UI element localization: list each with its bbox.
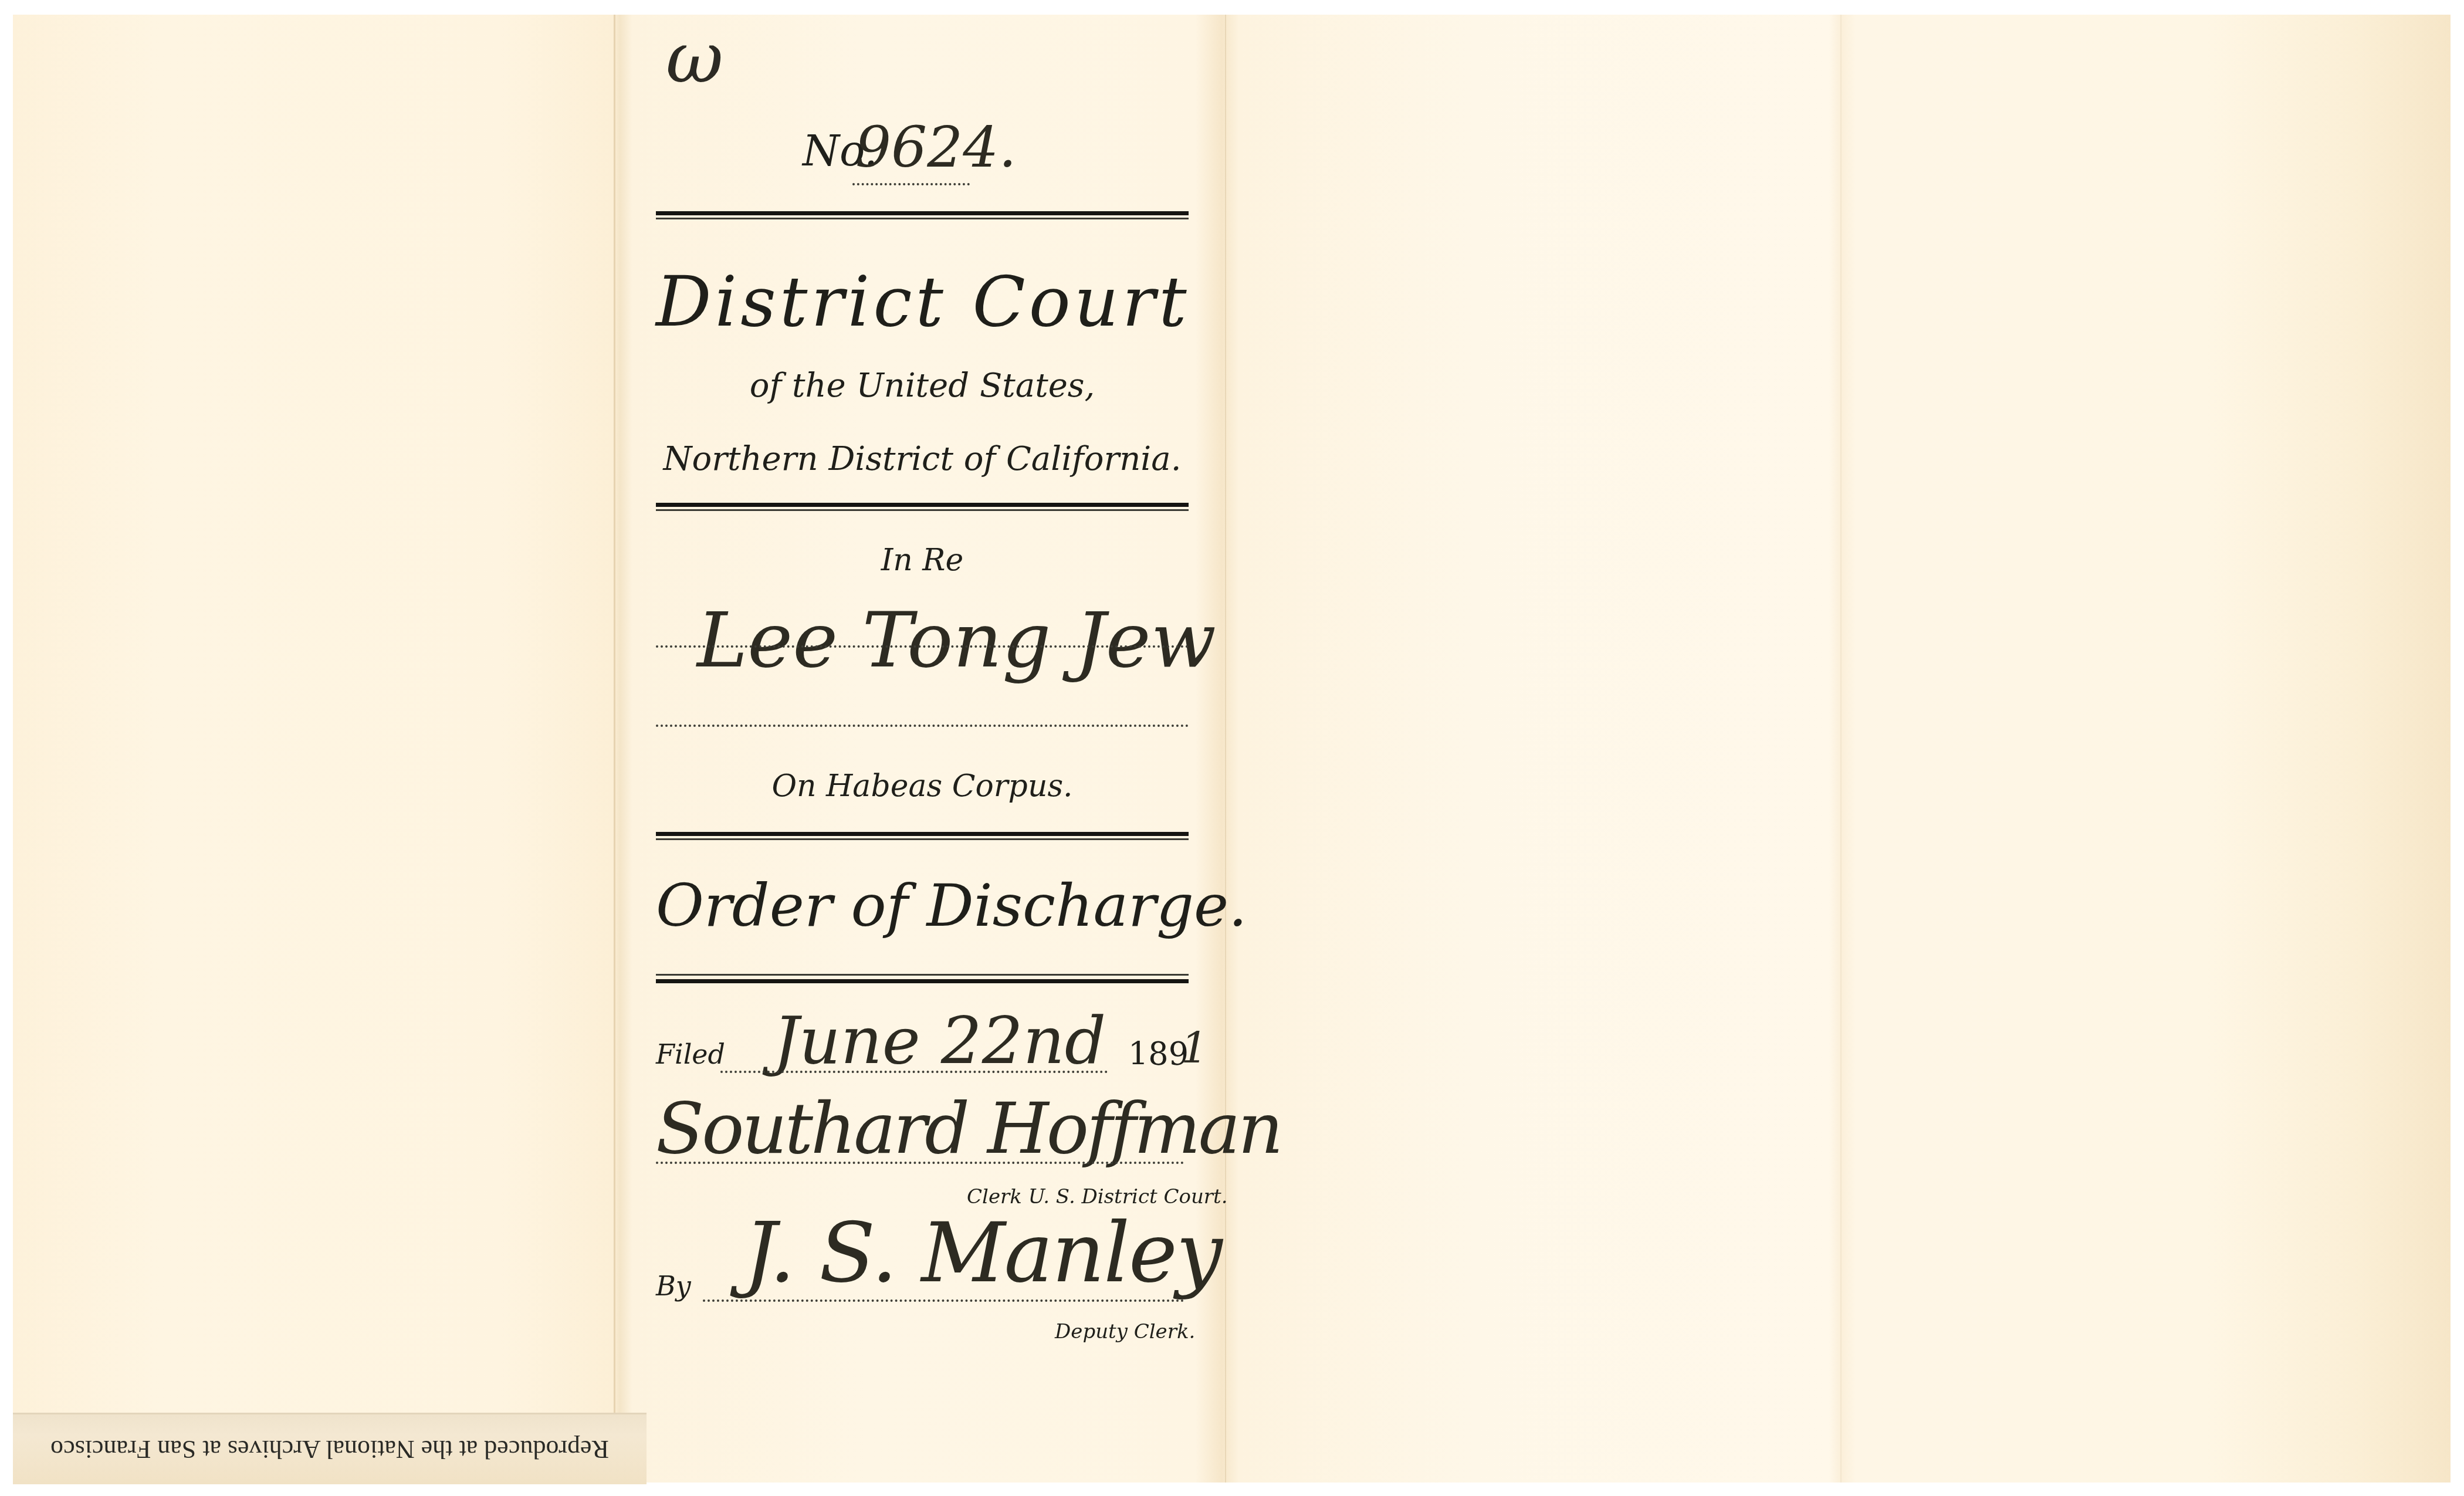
divider-rule [656, 211, 1189, 215]
clerk-dotted-line [656, 1162, 1184, 1164]
archive-stamp: Reproduced at the National Archives at S… [13, 1413, 647, 1484]
in-re-label: In Re [656, 543, 1189, 578]
filed-date: June 22nd [773, 1003, 1106, 1078]
clerk-signature: Southard Hoffman [656, 1088, 1281, 1170]
divider-rule [656, 218, 1189, 219]
filed-year-suffix: 1 [1181, 1024, 1208, 1073]
court-subtitle: of the United States, [656, 367, 1189, 405]
deputy-title: Deputy Clerk. [1055, 1320, 1195, 1343]
deputy-dotted-line [703, 1299, 1184, 1302]
archive-stamp-text: Reproduced at the National Archives at S… [13, 1414, 647, 1484]
court-district: Northern District of California. [656, 440, 1189, 478]
court-form: No. 9624. District Court of the United S… [656, 15, 1189, 1481]
divider-rule [656, 832, 1189, 836]
party-name: Lee Tong Jew [697, 595, 1216, 685]
fold-line [614, 15, 615, 1483]
party-dotted-line [656, 645, 1189, 648]
filed-dotted-line [720, 1071, 1108, 1073]
by-label: By [656, 1270, 691, 1302]
clerk-title: Clerk U. S. District Court. [967, 1185, 1228, 1209]
divider-rule [656, 503, 1189, 507]
proceeding-label: On Habeas Corpus. [656, 769, 1189, 804]
case-number: 9624. [855, 114, 1017, 180]
fold-line [1225, 15, 1226, 1483]
divider-rule [656, 974, 1189, 976]
document-paper [13, 15, 2451, 1483]
divider-rule [656, 979, 1189, 983]
filed-label: Filed [656, 1038, 725, 1070]
deputy-signature: J. S. Manley [744, 1206, 1221, 1301]
fold-line [1840, 15, 1842, 1483]
number-dotted-line [852, 183, 970, 185]
divider-rule [656, 838, 1189, 840]
divider-rule [656, 509, 1189, 511]
order-title: Order of Discharge. [656, 871, 1189, 940]
filed-year-prefix: 189 [1128, 1035, 1189, 1072]
party-dotted-line-2 [656, 725, 1189, 727]
court-title: District Court [656, 261, 1189, 342]
